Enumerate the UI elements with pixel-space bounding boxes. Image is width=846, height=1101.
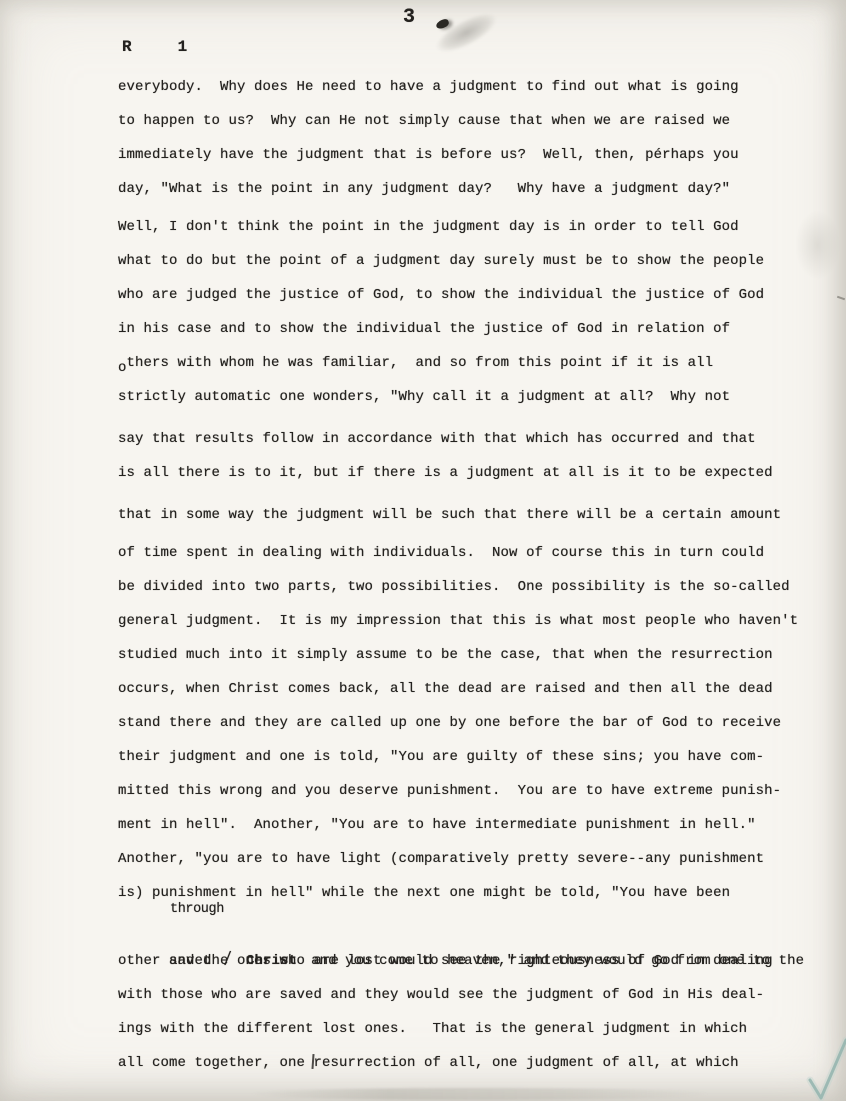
text-line: all come together, one resurrection of a… [118, 1046, 818, 1080]
text-line: ings with the different lost ones. That … [118, 1012, 818, 1046]
text-line-text: all come together, one resurrection of a… [118, 1055, 739, 1071]
scan-smear [795, 210, 840, 280]
word-christ: Christ [246, 953, 297, 969]
check-mark-icon [780, 1026, 846, 1101]
text-line: their judgment and one is told, "You are… [118, 740, 818, 774]
text-line: day, "What is the point in any judgment … [118, 172, 818, 206]
reel-take-label: R1 [122, 38, 187, 56]
lowered-letter: o [118, 360, 127, 376]
text-line: Well, I don't think the point in the jud… [118, 210, 818, 244]
reel-label: R [122, 38, 132, 56]
text-line: studied much into it simply assume to be… [118, 638, 818, 672]
text-line: is all there is to it, but if there is a… [118, 456, 818, 490]
text-line: in his case and to show the individual t… [118, 312, 818, 346]
text-line-with-insertion: saved/Christand you come to heaven," and… [118, 910, 818, 944]
page-number: 3 [403, 6, 416, 29]
text-line-rest: thers with whom he was familiar, and so … [127, 355, 714, 371]
text-line: stand there and they are called up one b… [118, 706, 818, 740]
text-line: be divided into two parts, two possibili… [118, 570, 818, 604]
caret-slash: / [224, 937, 233, 985]
text-line: who are judged the justice of God, to sh… [118, 278, 818, 312]
text-line: ment in hell". Another, "You are to have… [118, 808, 818, 842]
interlinear-insertion: through [170, 893, 224, 927]
text-line: general judgment. It is my impression th… [118, 604, 818, 638]
take-label: 1 [178, 38, 188, 56]
text-line: to happen to us? Why can He not simply c… [118, 104, 818, 138]
text-line-rest: and you come to heaven," and they would … [311, 953, 804, 969]
text-line: immediately have the judgment that is be… [118, 138, 818, 172]
text-line: mitted this wrong and you deserve punish… [118, 774, 818, 808]
text-line: of time spent in dealing with individual… [118, 536, 818, 570]
text-line: that in some way the judgment will be su… [118, 498, 818, 532]
scan-smear [250, 1088, 710, 1100]
text-line: occurs, when Christ comes back, all the … [118, 672, 818, 706]
scanned-document-page: 3 R1 everybody. Why does He need to have… [0, 0, 846, 1101]
typescript-body: everybody. Why does He need to have a ju… [118, 70, 818, 1080]
text-line: everybody. Why does He need to have a ju… [118, 70, 818, 104]
word-saved: saved [169, 953, 212, 969]
text-line: strictly automatic one wonders, "Why cal… [118, 380, 818, 414]
text-line: Another, "you are to have light (compara… [118, 842, 818, 876]
text-line: what to do but the point of a judgment d… [118, 244, 818, 278]
text-line: say that results follow in accordance wi… [118, 422, 818, 456]
text-line: others with whom he was familiar, and so… [118, 346, 818, 380]
